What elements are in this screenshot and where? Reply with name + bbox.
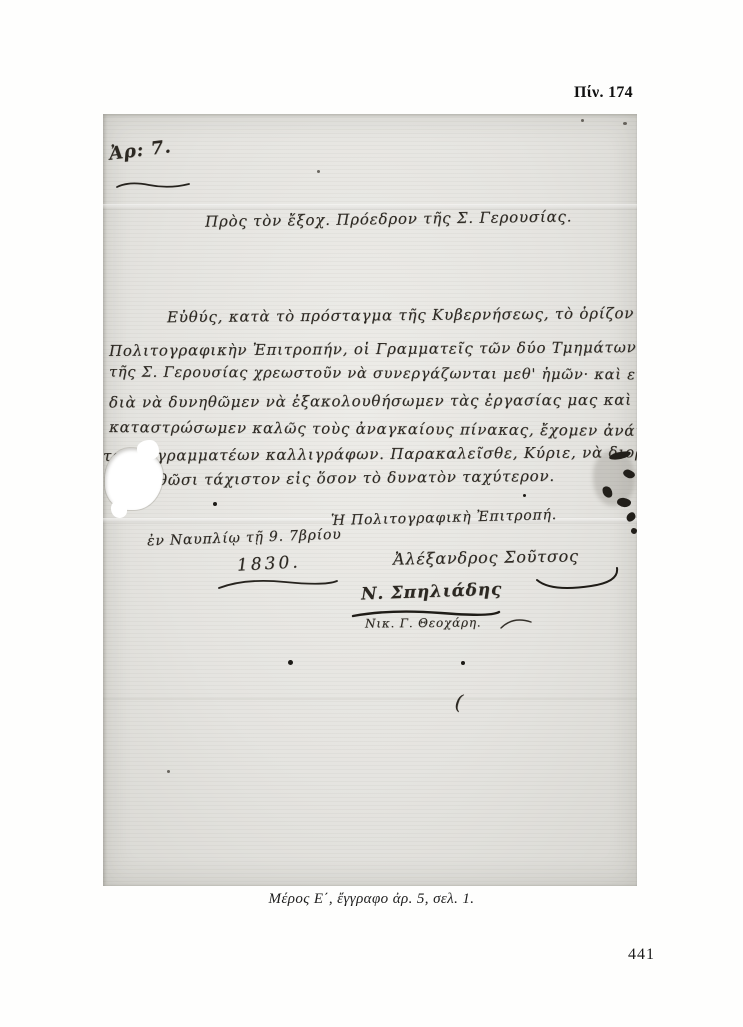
- handwritten-line: Πολιτογραφικὴν Ἐπιτροπήν, οἱ Γραμματεῖς …: [109, 338, 637, 360]
- plate-label: Πίν. 174: [574, 84, 633, 102]
- ink-dot: [523, 494, 526, 497]
- book-page: Πίν. 174 Ἀρ: 7. Πρὸς τὸν ἔξοχ. Πρόεδρον …: [0, 0, 743, 1027]
- signature-flourish: [531, 566, 621, 592]
- place-date-line: ἐν Ναυπλίῳ τῇ 9. 7βρίου: [147, 527, 342, 550]
- ink-dot: [461, 661, 465, 665]
- handwritten-line: τριῶν γραμματέων καλλιγράφων. Παρακαλεῖσ…: [103, 443, 637, 465]
- doc-number: Ἀρ: 7.: [108, 136, 173, 164]
- address-line: Πρὸς τὸν ἔξοχ. Πρόεδρον τῆς Σ. Γερουσίας…: [205, 207, 572, 230]
- plate-caption: Μέρος Ε΄, ἔγγραφο ἀρ. 5, σελ. 1.: [0, 891, 743, 908]
- fold-crease: [103, 698, 637, 700]
- ink-smudge: [616, 497, 631, 508]
- handwritten-line: τῆς Σ. Γερουσίας χρεωστοῦν νὰ συνεργάζων…: [109, 365, 637, 384]
- torn-hole-lobe: [111, 500, 127, 518]
- ink-dot: [213, 502, 217, 506]
- letter-scan-photo: Ἀρ: 7. Πρὸς τὸν ἔξοχ. Πρόεδρον τῆς Σ. Γε…: [103, 114, 637, 886]
- paper-speck: [623, 122, 627, 125]
- paren-mark: (: [454, 690, 465, 715]
- handwritten-line: Εὐθύς, κατὰ τὸ πρόσταγμα τῆς Κυβερνήσεως…: [167, 304, 637, 326]
- signature-scrawl: Ν. Σπηλιάδης: [361, 580, 503, 605]
- doc-number-underline-flourish: [115, 178, 191, 192]
- page-number: 441: [628, 946, 655, 964]
- handwritten-line: σθῶσι τάχιστον εἰς ὅσον τὸ δυνατὸν ταχύτ…: [147, 467, 555, 489]
- torn-hole-lobe: [137, 440, 159, 460]
- handwritten-line: διὰ νὰ δυνηθῶμεν νὰ ἐξακολουθήσωμεν τὰς …: [109, 391, 637, 412]
- paper-speck: [167, 770, 170, 773]
- small-flourish: [499, 614, 533, 632]
- ink-dot: [288, 660, 293, 665]
- paper-speck: [581, 119, 584, 122]
- year-underline-flourish: [215, 576, 341, 592]
- ink-smudge: [631, 528, 637, 534]
- year-line: 1830.: [237, 552, 302, 575]
- paper-speck: [317, 170, 320, 173]
- committee-line: Ἡ Πολιτογραφικὴ Ἐπιτροπή.: [331, 507, 557, 529]
- signatory-small: Νικ. Γ. Θεοχάρη.: [365, 615, 482, 630]
- handwritten-line: καταστρώσωμεν καλῶς τοὺς ἀναγκαίους πίνα…: [109, 418, 637, 440]
